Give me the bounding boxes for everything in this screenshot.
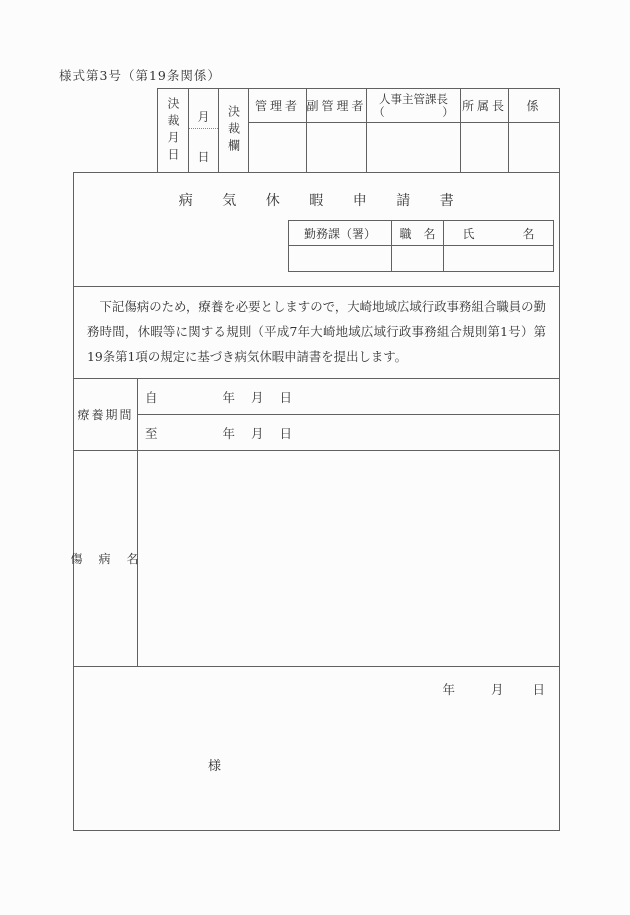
applicant-header-department: 勤務課（署） bbox=[289, 221, 391, 245]
stamp-cell-manager[interactable] bbox=[249, 123, 306, 172]
applicant-header-position: 職 名 bbox=[391, 221, 443, 245]
disease-name-input-area[interactable] bbox=[138, 451, 559, 666]
month-label: 月 bbox=[491, 682, 504, 697]
role-label-manager: 管理者 bbox=[249, 89, 306, 123]
footer-section: 年 月 日 様 bbox=[74, 666, 559, 830]
approval-role-deputy-manager: 副管理者 bbox=[306, 89, 366, 172]
role-label-hr-line2: （ ） bbox=[373, 106, 454, 119]
treatment-period-rows: 自 年 月 日 至 年 月 日 bbox=[138, 379, 559, 450]
role-label-department-head: 所属長 bbox=[461, 89, 508, 123]
day-label: 日 bbox=[532, 682, 545, 697]
month-label: 月 bbox=[197, 108, 209, 125]
treatment-period-section: 療養期間 自 年 月 日 至 年 月 日 bbox=[74, 378, 559, 450]
disease-name-section: 傷 病 名 bbox=[74, 450, 559, 666]
role-label-hr-section-chief: 人事主管課長 （ ） bbox=[367, 89, 460, 123]
title-section: 病 気 休 暇 申 請 書 勤務課（署） 職 名 氏 名 bbox=[74, 173, 559, 286]
approval-date-col-label: 決裁月日 bbox=[158, 89, 188, 172]
approval-role-hr-section-chief: 人事主管課長 （ ） bbox=[366, 89, 460, 172]
approval-role-manager: 管理者 bbox=[248, 89, 306, 172]
year-label: 年 bbox=[442, 682, 455, 697]
approval-column-text: 決裁欄 bbox=[228, 105, 240, 156]
applicant-info-table: 勤務課（署） 職 名 氏 名 bbox=[288, 220, 554, 272]
stamp-cell-department-head[interactable] bbox=[461, 123, 508, 172]
role-label-staff: 係 bbox=[509, 89, 559, 123]
approval-date-col-text: 決裁月日 bbox=[167, 97, 179, 165]
applicant-name-input[interactable] bbox=[443, 246, 553, 271]
applicant-header-name: 氏 名 bbox=[443, 221, 553, 245]
main-form-box: 病 気 休 暇 申 請 書 勤務課（署） 職 名 氏 名 下記傷病のため，療養を… bbox=[73, 172, 560, 831]
treatment-period-label: 療養期間 bbox=[74, 379, 138, 450]
period-from-row[interactable]: 自 年 月 日 bbox=[138, 379, 559, 414]
applicant-position-input[interactable] bbox=[391, 246, 443, 271]
stamp-cell-deputy-manager[interactable] bbox=[307, 123, 366, 172]
month-label: 月 bbox=[251, 388, 264, 406]
role-label-deputy-manager: 副管理者 bbox=[307, 89, 366, 123]
sick-leave-application-form: 様式第3号（第19条関係） 決裁月日 月 日 決裁欄 管理者 副管理者 人事主管… bbox=[0, 0, 630, 915]
approval-month-cell[interactable]: 月 bbox=[189, 89, 218, 129]
approval-role-staff: 係 bbox=[508, 89, 559, 172]
submission-date[interactable]: 年 月 日 bbox=[442, 680, 545, 698]
role-label-hr-line1: 人事主管課長 bbox=[379, 93, 448, 106]
period-from-prefix: 自 bbox=[145, 388, 158, 406]
approval-stamp-table: 決裁月日 月 日 決裁欄 管理者 副管理者 人事主管課長 （ ） bbox=[157, 88, 560, 173]
application-statement: 下記傷病のため，療養を必要としますので，大崎地域広域行政事務組合職員の勤務時間，… bbox=[74, 286, 559, 378]
period-to-row[interactable]: 至 年 月 日 bbox=[138, 414, 559, 450]
applicant-department-input[interactable] bbox=[289, 246, 391, 271]
approval-day-cell[interactable]: 日 bbox=[189, 129, 218, 172]
year-label: 年 bbox=[223, 424, 236, 442]
addressee-suffix: 様 bbox=[208, 755, 221, 774]
stamp-cell-hr-section-chief[interactable] bbox=[367, 123, 460, 172]
approval-role-department-head: 所属長 bbox=[460, 89, 508, 172]
disease-name-label: 傷 病 名 bbox=[74, 451, 138, 666]
day-label: 日 bbox=[280, 388, 293, 406]
form-title: 病 気 休 暇 申 請 書 bbox=[74, 190, 559, 210]
day-label: 日 bbox=[197, 148, 209, 165]
approval-column-label: 決裁欄 bbox=[218, 89, 248, 172]
stamp-cell-staff[interactable] bbox=[509, 123, 559, 172]
period-to-prefix: 至 bbox=[145, 424, 158, 442]
applicant-header-row: 勤務課（署） 職 名 氏 名 bbox=[289, 221, 553, 246]
day-label: 日 bbox=[280, 424, 293, 442]
form-number: 様式第3号（第19条関係） bbox=[59, 66, 221, 84]
approval-date-fill-cell[interactable]: 月 日 bbox=[188, 89, 218, 172]
month-label: 月 bbox=[251, 424, 264, 442]
applicant-value-row bbox=[289, 246, 553, 271]
year-label: 年 bbox=[223, 388, 236, 406]
